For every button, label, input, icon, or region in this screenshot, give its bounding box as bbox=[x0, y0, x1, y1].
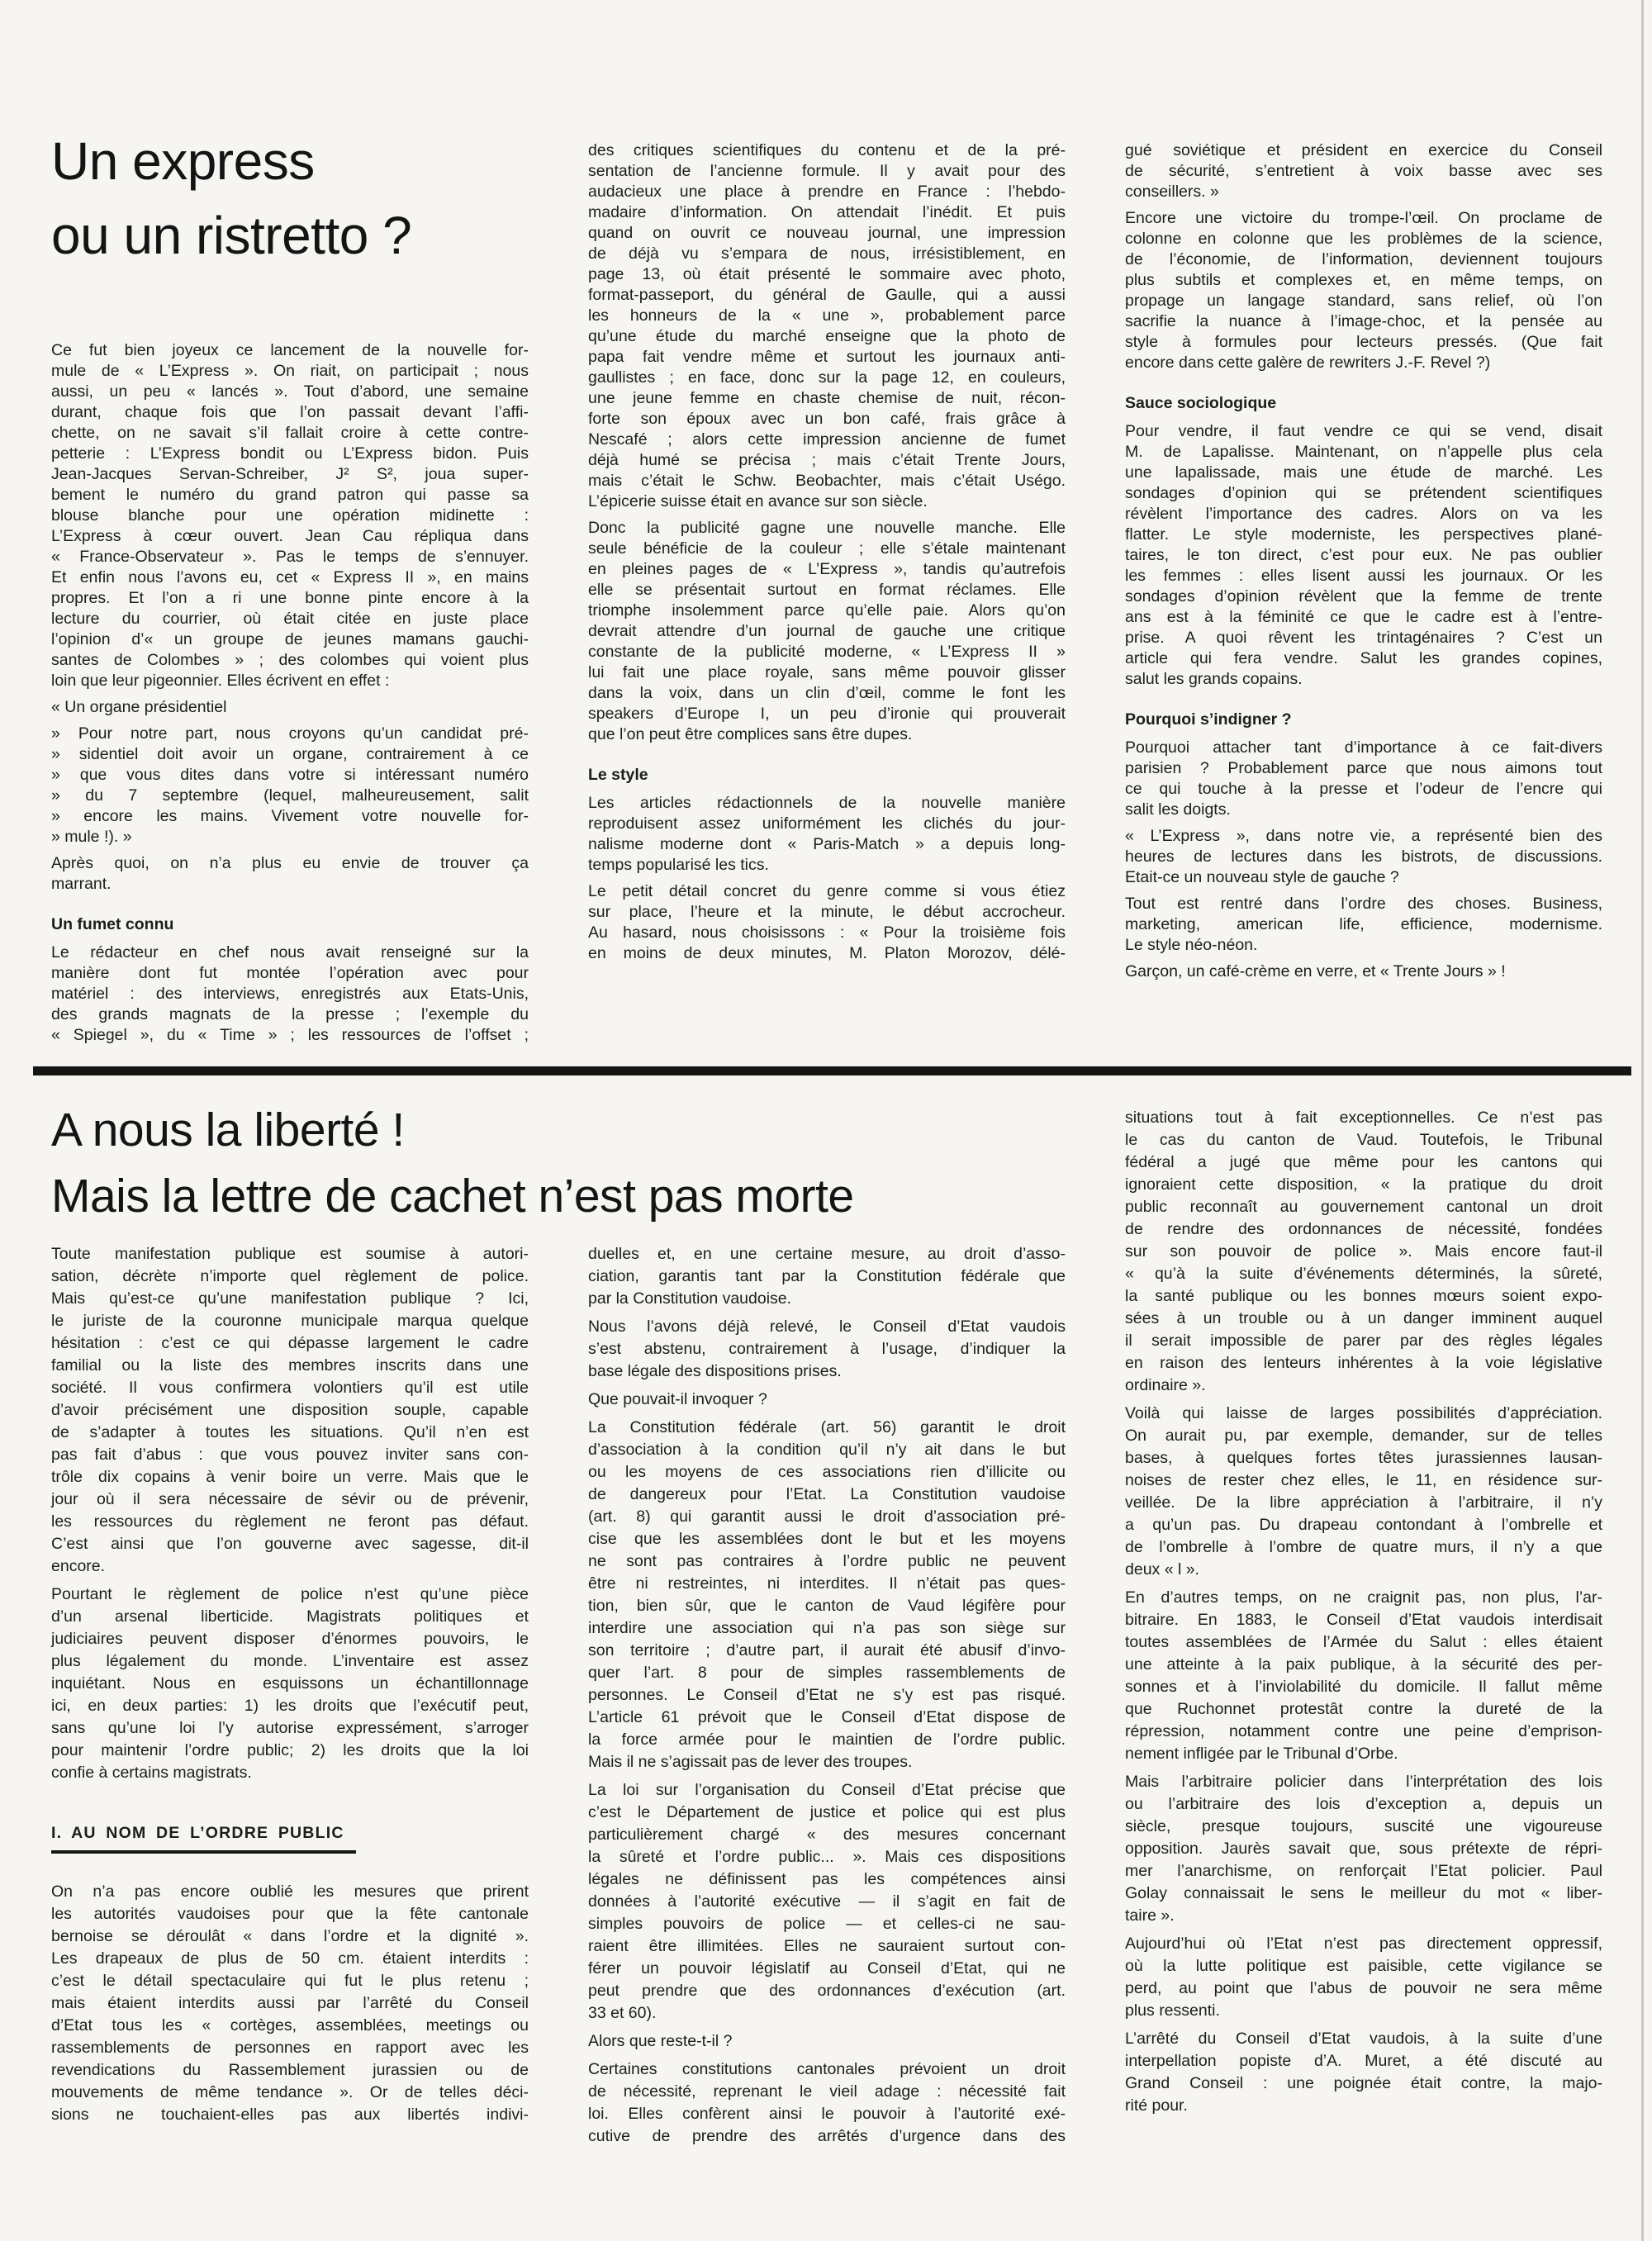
text-line: propage un langage standard, sans relief… bbox=[1125, 291, 1602, 311]
article-title: A nous la liberté !Mais la lettre de cac… bbox=[51, 1097, 854, 1229]
text-line: le cas du canton de Vaud. Toutefois, le … bbox=[1125, 1129, 1602, 1151]
text-line: répression, notamment contre une peine d… bbox=[1125, 1721, 1602, 1743]
text-line: d’association à la condition qu’il n’y a… bbox=[588, 1439, 1066, 1461]
text-line: perd, au point que l’abus de pouvoir ne … bbox=[1125, 1977, 1602, 2000]
text-line: propres. Et l’on a ri une bonne pinte en… bbox=[51, 588, 529, 609]
text-line: colonne en colonne que les problèmes de … bbox=[1125, 229, 1602, 249]
text-line: familial ou la liste des membres inscrit… bbox=[51, 1355, 529, 1377]
text-line: une atteinte à la paix publique, à la sé… bbox=[1125, 1654, 1602, 1676]
text-line: interpellation popiste d’A. Muret, a été… bbox=[1125, 2050, 1602, 2072]
text-line: il serait impossible de parer par des rè… bbox=[1125, 1330, 1602, 1352]
paragraph: Voilà qui laisse de larges possibilités … bbox=[1125, 1403, 1602, 1581]
text-line: hésitation : c’est ce qui dépasse largem… bbox=[51, 1332, 529, 1355]
text-line: public reconnaît au gouvernement cantona… bbox=[1125, 1196, 1602, 1218]
text-line: Mais qu’est-ce qu’une manifestation publ… bbox=[51, 1288, 529, 1310]
text-line: bement le numéro du grand patron qui pas… bbox=[51, 485, 529, 506]
title-line: ou un ristretto ? bbox=[51, 198, 411, 273]
text-line: forte son époux avec un bon café, frais … bbox=[588, 409, 1066, 430]
text-line: c’est le détail spectaculaire qui fut le… bbox=[51, 1970, 529, 1992]
text-line: Alors que reste-t-il ? bbox=[588, 2030, 1066, 2053]
text-line: loi. Elles confèrent ainsi le pouvoir à … bbox=[588, 2103, 1066, 2125]
text-line: qu’une étude du marché enseigne que la p… bbox=[588, 326, 1066, 347]
text-line: gué soviétique et président en exercice … bbox=[1125, 140, 1602, 161]
text-line: Nous l’avons déjà relevé, le Conseil d’E… bbox=[588, 1316, 1066, 1338]
paragraph: gué soviétique et président en exercice … bbox=[1125, 140, 1602, 202]
text-line: Aujourd’hui où l’Etat n’est pas directem… bbox=[1125, 1933, 1602, 1955]
text-line: sondages d’opinion qui se prétendent sci… bbox=[1125, 483, 1602, 504]
text-line: Voilà qui laisse de larges possibilités … bbox=[1125, 1403, 1602, 1425]
text-line: personnes. Le Conseil d’Etat ne s’y est … bbox=[588, 1684, 1066, 1707]
text-line: déjà humé se précisa ; mais c’était Tren… bbox=[588, 450, 1066, 471]
text-line: interdire une association qui n’a pas so… bbox=[588, 1617, 1066, 1640]
text-line: M. de Lapalisse. Maintenant, on n’appell… bbox=[1125, 442, 1602, 463]
text-line: les autorités vaudoises pour que la fête… bbox=[51, 1903, 529, 1925]
text-line: Nescafé ; alors cette impression ancienn… bbox=[588, 430, 1066, 450]
text-line: mais étaient interdits aussi par l’arrêt… bbox=[51, 1992, 529, 2015]
article-2-column-2: duelles et, en une certaine mesure, au d… bbox=[588, 1243, 1066, 2148]
text-line: mouvements de même tendance ». Or de tel… bbox=[51, 2082, 529, 2104]
text-line: raient être illimitées. Elles ne sauraie… bbox=[588, 1935, 1066, 1958]
text-line: toutes assemblées de l’Armée du Salut : … bbox=[1125, 1631, 1602, 1654]
paragraph: La Constitution fédérale (art. 56) garan… bbox=[588, 1417, 1066, 1773]
text-line: la santé publique ou les bonnes mœurs so… bbox=[1125, 1285, 1602, 1308]
text-line: une lapalissade, mais une étude de march… bbox=[1125, 463, 1602, 483]
text-line: manière dont fut montée l’opération avec… bbox=[51, 963, 529, 984]
article-title: Un expressou un ristretto ? bbox=[51, 124, 411, 273]
section-heading: Un fumet connu bbox=[51, 914, 529, 935]
paragraph: Aujourd’hui où l’Etat n’est pas directem… bbox=[1125, 1933, 1602, 2022]
text-line: plus ressenti. bbox=[1125, 2000, 1602, 2022]
text-line: ordinaire ». bbox=[1125, 1375, 1602, 1397]
text-line: sonnes et à l’inviolabilité du domicile.… bbox=[1125, 1676, 1602, 1698]
text-line: L’arrêté du Conseil d’Etat vaudois, à la… bbox=[1125, 2028, 1602, 2050]
text-line: en moins de deux minutes, M. Platon Moro… bbox=[588, 943, 1066, 964]
text-line: siècle, presque toujours, suscité une vi… bbox=[1125, 1816, 1602, 1838]
section-divider-rule bbox=[33, 1066, 1631, 1075]
text-line: d’un arsenal liberticide. Magistrats pol… bbox=[51, 1606, 529, 1628]
text-line: blouse blanche pour une opération midine… bbox=[51, 506, 529, 526]
paragraph: L’arrêté du Conseil d’Etat vaudois, à la… bbox=[1125, 2028, 1602, 2117]
text-line: bernoise se déroulât « dans l’ordre et l… bbox=[51, 1925, 529, 1948]
text-line: sées à un trouble ou à un danger imminen… bbox=[1125, 1308, 1602, 1330]
text-line: salut les grands copains. bbox=[1125, 669, 1602, 690]
paragraph: Encore une victoire du trompe-l’œil. On … bbox=[1125, 208, 1602, 373]
text-line: Certaines constitutions cantonales prévo… bbox=[588, 2058, 1066, 2081]
text-line: données à l’autorité exécutive — il s’ag… bbox=[588, 1891, 1066, 1913]
text-line: Pourquoi attacher tant d’importance à ce… bbox=[1125, 738, 1602, 758]
text-line: durant, chaque fois que l’on passait dev… bbox=[51, 402, 529, 423]
text-line: une jeune femme en chaste chemise de nui… bbox=[588, 388, 1066, 409]
text-line: son territoire ; d’autre part, il aurait… bbox=[588, 1640, 1066, 1662]
text-line: Tout est rentré dans l’ordre des choses.… bbox=[1125, 894, 1602, 914]
text-line: nalisme moderne dont « Paris-Match » a d… bbox=[588, 834, 1066, 855]
text-line: la force armée pour le maintien de l’ord… bbox=[588, 1729, 1066, 1751]
paragraph: Après quoi, on n’a plus eu envie de trou… bbox=[51, 853, 529, 895]
text-line: Golay connaissait le sens le meilleur du… bbox=[1125, 1883, 1602, 1905]
text-line: de l’ombrelle à l’ombre de quatre murs, … bbox=[1125, 1536, 1602, 1559]
text-line: « France-Observateur ». Pas le temps de … bbox=[51, 547, 529, 567]
text-line: nement infligée par le Tribunal d’Orbe. bbox=[1125, 1743, 1602, 1765]
text-line: sacrifie la nuance à l’image-choc, et la… bbox=[1125, 311, 1602, 332]
text-line: Etait-ce un nouveau style de gauche ? bbox=[1125, 867, 1602, 888]
paragraph: Ce fut bien joyeux ce lancement de la no… bbox=[51, 340, 529, 691]
text-line: Pour vendre, il faut vendre ce qui se ve… bbox=[1125, 421, 1602, 442]
text-line: C’est ainsi que l’on gouverne avec sages… bbox=[51, 1533, 529, 1555]
text-line: madaire d’information. On attendait l’in… bbox=[588, 202, 1066, 223]
paragraph: situations tout à fait exceptionnelles. … bbox=[1125, 1107, 1602, 1397]
text-line: sans qu’une loi l’y autorise expressémen… bbox=[51, 1717, 529, 1740]
text-line: constante de la publicité moderne, « L’E… bbox=[588, 642, 1066, 662]
text-line: marrant. bbox=[51, 874, 529, 895]
text-line: » Pour notre part, nous croyons qu’un ca… bbox=[51, 724, 529, 744]
text-line: en raison des lenteurs inhérentes à la v… bbox=[1125, 1352, 1602, 1375]
text-line: » encore les mains. Vivement votre nouve… bbox=[51, 806, 529, 827]
text-line: parisien ? Probablement parce que nous a… bbox=[1125, 758, 1602, 779]
text-line: audacieux une place à prendre en France … bbox=[588, 182, 1066, 202]
text-line: c’est le Département de justice et polic… bbox=[588, 1802, 1066, 1824]
text-line: révèlent l’importance des cadres. Alors … bbox=[1125, 504, 1602, 525]
text-line: le juriste de la couronne municipale mar… bbox=[51, 1310, 529, 1332]
paragraph: Pourquoi attacher tant d’importance à ce… bbox=[1125, 738, 1602, 820]
text-line: » sidentiel doit avoir un organe, contra… bbox=[51, 744, 529, 765]
text-line: heures de lectures dans les bistrots, de… bbox=[1125, 847, 1602, 867]
text-line: noises de rester chez elles, le 11, en r… bbox=[1125, 1469, 1602, 1492]
article-1-column-2: des critiques scientifiques du contenu e… bbox=[588, 140, 1066, 964]
text-line: inquiétant. Nous en esquissons un échant… bbox=[51, 1673, 529, 1695]
text-line: peut prendre que des ordonnances d’exécu… bbox=[588, 1980, 1066, 2002]
text-line: fédéral a jugé que même pour les cantons… bbox=[1125, 1151, 1602, 1174]
text-line: article qui fera vendre. Salut les grand… bbox=[1125, 648, 1602, 669]
text-line: rité pour. bbox=[1125, 2095, 1602, 2117]
paragraph: Alors que reste-t-il ? bbox=[588, 2030, 1066, 2053]
text-line: ignoraient cette disposition, « la prati… bbox=[1125, 1174, 1602, 1196]
text-line: lui fait une place royale, sans même pou… bbox=[588, 662, 1066, 683]
text-line: Et enfin nous l’avons eu, cet « Express … bbox=[51, 567, 529, 588]
text-line: de sécurité, s’entretient à voix basse a… bbox=[1125, 161, 1602, 182]
text-line: les ressources du règlement ne feront pa… bbox=[51, 1511, 529, 1533]
paragraph: Donc la publicité gagne une nouvelle man… bbox=[588, 518, 1066, 745]
text-line: Donc la publicité gagne une nouvelle man… bbox=[588, 518, 1066, 539]
paragraph: On n’a pas encore oublié les mesures que… bbox=[51, 1881, 529, 2126]
text-line: sur son pouvoir de police ». Mais encore… bbox=[1125, 1241, 1602, 1263]
text-line: prise. A quoi rêvent les trintagénaires … bbox=[1125, 628, 1602, 648]
paragraph: « L’Express », dans notre vie, a représe… bbox=[1125, 826, 1602, 888]
text-line: tion, bien sûr, que le canton de Vaud lé… bbox=[588, 1595, 1066, 1617]
text-line: d’Etat tous les « cortèges, assemblées, … bbox=[51, 2015, 529, 2037]
text-line: ou les moyens de ces associations rien d… bbox=[588, 1461, 1066, 1484]
text-line: ce qui touche à la presse et l’odeur de … bbox=[1125, 779, 1602, 800]
paragraph: Nous l’avons déjà relevé, le Conseil d’E… bbox=[588, 1316, 1066, 1383]
text-line: judiciaires peuvent disposer d’énormes p… bbox=[51, 1628, 529, 1650]
paragraph: Tout est rentré dans l’ordre des choses.… bbox=[1125, 894, 1602, 956]
text-line: ou l’arbitraire des lois d’exception a, … bbox=[1125, 1793, 1602, 1816]
text-line: de déjà vu s’empara de nous, irrésistibl… bbox=[588, 244, 1066, 264]
text-line: En d’autres temps, on ne craignit pas, n… bbox=[1125, 1587, 1602, 1609]
text-line: Garçon, un café-crème en verre, et « Tre… bbox=[1125, 961, 1602, 982]
text-line: par la Constitution vaudoise. bbox=[588, 1288, 1066, 1310]
paragraph: Mais l’arbitraire policier dans l’interp… bbox=[1125, 1771, 1602, 1927]
text-line: cutive de prendre des arrêtés d’urgence … bbox=[588, 2125, 1066, 2148]
text-line: veillée. De la libre appréciation à l’ar… bbox=[1125, 1492, 1602, 1514]
text-line: marketing, american life, efficience, mo… bbox=[1125, 914, 1602, 935]
scan-edge-artifact bbox=[1641, 0, 1644, 2241]
text-line: encore dans cette galère de rewriters J.… bbox=[1125, 353, 1602, 373]
text-line: » que vous dites dans votre si intéressa… bbox=[51, 765, 529, 786]
title-line: Un express bbox=[51, 124, 411, 198]
section-heading: Sauce sociologique bbox=[1125, 393, 1602, 414]
paragraph: duelles et, en une certaine mesure, au d… bbox=[588, 1243, 1066, 1310]
section-heading: I. AU NOM DE L’ORDRE PUBLIC bbox=[51, 1822, 356, 1854]
text-line: Le rédacteur en chef nous avait renseign… bbox=[51, 942, 529, 963]
text-line: speakers d’Europe I, un peu d’ironie qui… bbox=[588, 704, 1066, 724]
text-line: Que pouvait-il invoquer ? bbox=[588, 1389, 1066, 1411]
text-line: ciation, garantis tant par la Constituti… bbox=[588, 1265, 1066, 1288]
text-line: taires, le ton direct, c’est pour eux. N… bbox=[1125, 545, 1602, 566]
text-line: Ce fut bien joyeux ce lancement de la no… bbox=[51, 340, 529, 361]
text-line: On aurait pu, par exemple, demander, sur… bbox=[1125, 1425, 1602, 1447]
text-line: d’avoir précisément une disposition soup… bbox=[51, 1399, 529, 1422]
text-line: en pleines pages de « L’Express », tandi… bbox=[588, 559, 1066, 580]
text-line: Les drapeaux de plus de 50 cm. étaient i… bbox=[51, 1948, 529, 1970]
text-line: page 13, où était présenté le sommaire a… bbox=[588, 264, 1066, 285]
text-line: Grand Conseil : une poignée était contre… bbox=[1125, 2072, 1602, 2095]
text-line: sions ne touchaient-elles pas aux libert… bbox=[51, 2104, 529, 2126]
text-line: bitraire. En 1883, le Conseil d’Etat vau… bbox=[1125, 1609, 1602, 1631]
text-line: flatter. Le style moderniste, les perspe… bbox=[1125, 525, 1602, 545]
section-heading: Le style bbox=[588, 765, 1066, 786]
text-line: L’article 61 prévoit que le Conseil d’Et… bbox=[588, 1707, 1066, 1729]
text-line: jour où il sera nécessaire de sévir ou d… bbox=[51, 1488, 529, 1511]
text-line: la sûreté et l’ordre public... ». Mais c… bbox=[588, 1846, 1066, 1868]
paragraph: Certaines constitutions cantonales prévo… bbox=[588, 2058, 1066, 2148]
text-line: de l’économie, de l’information, devienn… bbox=[1125, 249, 1602, 270]
text-line: Encore une victoire du trompe-l’œil. On … bbox=[1125, 208, 1602, 229]
section-heading: Pourquoi s’indigner ? bbox=[1125, 710, 1602, 730]
paragraph: » Pour notre part, nous croyons qu’un ca… bbox=[51, 724, 529, 847]
text-line: que l’on peut être complices sans être d… bbox=[588, 724, 1066, 745]
text-line: gaullistes ; en face, donc sur la page 1… bbox=[588, 368, 1066, 388]
text-line: a qu’un pas. Du drapeau contondant à l’o… bbox=[1125, 1514, 1602, 1536]
paragraph: des critiques scientifiques du contenu e… bbox=[588, 140, 1066, 512]
paragraph: En d’autres temps, on ne craignit pas, n… bbox=[1125, 1587, 1602, 1765]
text-line: papa fait vendre même et surtout les jou… bbox=[588, 347, 1066, 368]
text-line: revendications du Rassemblement jurassie… bbox=[51, 2059, 529, 2082]
text-line: dans la voix, dans un clin d’œil, comme … bbox=[588, 683, 1066, 704]
title-line: A nous la liberté ! bbox=[51, 1097, 854, 1163]
text-line: Après quoi, on n’a plus eu envie de trou… bbox=[51, 853, 529, 874]
paragraph: Garçon, un café-crème en verre, et « Tre… bbox=[1125, 961, 1602, 982]
text-line: La loi sur l’organisation du Conseil d’E… bbox=[588, 1779, 1066, 1802]
article-2-column-1: Toute manifestation publique est soumise… bbox=[51, 1243, 529, 2126]
text-line: reproduisent assez uniformément les clic… bbox=[588, 814, 1066, 834]
text-line: chette, on ne savait s’il fallait croire… bbox=[51, 423, 529, 444]
text-line: taire ». bbox=[1125, 1905, 1602, 1927]
magazine-page: Un expressou un ristretto ? Ce fut bien … bbox=[0, 0, 1652, 2241]
text-line: « Un organe présidentiel bbox=[51, 697, 529, 718]
text-line: » mule !). » bbox=[51, 827, 529, 847]
text-line: société. Il vous confirmera volontiers q… bbox=[51, 1377, 529, 1399]
text-line: de s’adapter à toutes les situations. Qu… bbox=[51, 1422, 529, 1444]
text-line: simples pouvoirs de police — et celles-c… bbox=[588, 1913, 1066, 1935]
text-line: seule bénéficie de la couleur ; elle s’é… bbox=[588, 539, 1066, 559]
paragraph: Le petit détail concret du genre comme s… bbox=[588, 881, 1066, 964]
text-line: les honneurs de la « une », probablement… bbox=[588, 306, 1066, 326]
text-line: ne sont pas contraires à l’ordre public … bbox=[588, 1550, 1066, 1573]
text-line: Toute manifestation publique est soumise… bbox=[51, 1243, 529, 1265]
text-line: des grands magnats de la presse ; l’exem… bbox=[51, 1004, 529, 1025]
text-line: mer l’anarchisme, on renforçait l’Etat p… bbox=[1125, 1860, 1602, 1883]
text-line: Pourtant le règlement de police n’est qu… bbox=[51, 1583, 529, 1606]
text-line: temps popularisé les tics. bbox=[588, 855, 1066, 876]
text-line: où la lutte politique est paisible, cett… bbox=[1125, 1955, 1602, 1977]
text-line: Mais il ne s’agissait pas de lever des t… bbox=[588, 1751, 1066, 1773]
text-line: santes de Colombes » ; des colombes qui … bbox=[51, 650, 529, 671]
paragraph: La loi sur l’organisation du Conseil d’E… bbox=[588, 1779, 1066, 2025]
text-line: sur place, l’heure et la minute, le débu… bbox=[588, 902, 1066, 923]
text-line: confie à certains magistrats. bbox=[51, 1762, 529, 1784]
paragraph: Les articles rédactionnels de la nouvell… bbox=[588, 793, 1066, 876]
text-line: deux « l ». bbox=[1125, 1559, 1602, 1581]
text-line: Au hasard, nous choisissons : « Pour la … bbox=[588, 923, 1066, 943]
text-line: La Constitution fédérale (art. 56) garan… bbox=[588, 1417, 1066, 1439]
text-line: opposition. Jaurès savait que, sous prét… bbox=[1125, 1838, 1602, 1860]
text-line: L’épicerie suisse était en avance sur so… bbox=[588, 491, 1066, 512]
text-line: ici, en deux parties: 1) les droits que … bbox=[51, 1695, 529, 1717]
text-line: sentation de l’ancienne formule. Il y av… bbox=[588, 161, 1066, 182]
article-1-column-1: Ce fut bien joyeux ce lancement de la no… bbox=[51, 340, 529, 1046]
text-line: férer un pouvoir législatif au Conseil d… bbox=[588, 1958, 1066, 1980]
text-line: format-passeport, du général de Gaulle, … bbox=[588, 285, 1066, 306]
text-line: devrait attendre d’un journal de gauche … bbox=[588, 621, 1066, 642]
text-line: aussi, un peu « lancés ». Tout d’abord, … bbox=[51, 382, 529, 402]
text-line: triomphe insolemment parce qu’elle paie.… bbox=[588, 601, 1066, 621]
paragraph: Que pouvait-il invoquer ? bbox=[588, 1389, 1066, 1411]
text-line: rassemblements de personnes en rapport a… bbox=[51, 2037, 529, 2059]
text-line: que Ruchonnet protestât contre la dureté… bbox=[1125, 1698, 1602, 1721]
text-line: être ni restreintes, ni interdites. Il n… bbox=[588, 1573, 1066, 1595]
text-line: mule de « L’Express ». On riait, on part… bbox=[51, 361, 529, 382]
text-line: style à formules pour lecteurs pressés. … bbox=[1125, 332, 1602, 353]
paragraph: Toute manifestation publique est soumise… bbox=[51, 1243, 529, 1578]
text-line: lecture du courrier, où était citée en j… bbox=[51, 609, 529, 629]
article-2-column-3: situations tout à fait exceptionnelles. … bbox=[1125, 1107, 1602, 2117]
text-line: duelles et, en une certaine mesure, au d… bbox=[588, 1243, 1066, 1265]
title-line: Mais la lettre de cachet n’est pas morte bbox=[51, 1163, 854, 1229]
text-line: » du 7 septembre (lequel, malheureusemen… bbox=[51, 786, 529, 806]
text-line: quand on ouvrit ce nouveau journal, une … bbox=[588, 223, 1066, 244]
text-line: L’Express à cœur ouvert. Jean Cau répliq… bbox=[51, 526, 529, 547]
text-line: conseillers. » bbox=[1125, 182, 1602, 202]
text-line: loin que leur pigeonnier. Elles écrivent… bbox=[51, 671, 529, 691]
text-line: Le petit détail concret du genre comme s… bbox=[588, 881, 1066, 902]
text-line: encore. bbox=[51, 1555, 529, 1578]
text-line: Mais l’arbitraire policier dans l’interp… bbox=[1125, 1771, 1602, 1793]
text-line: de nécessité, reprenant le vieil adage :… bbox=[588, 2081, 1066, 2103]
text-line: Les articles rédactionnels de la nouvell… bbox=[588, 793, 1066, 814]
paragraph: Pourtant le règlement de police n’est qu… bbox=[51, 1583, 529, 1784]
text-line: (art. 8) qui garantit aussi le droit d’a… bbox=[588, 1506, 1066, 1528]
text-line: petterie : L’Express bondit ou L’Express… bbox=[51, 444, 529, 464]
text-line: On n’a pas encore oublié les mesures que… bbox=[51, 1881, 529, 1903]
paragraph: Le rédacteur en chef nous avait renseign… bbox=[51, 942, 529, 1046]
text-line: salit les doigts. bbox=[1125, 800, 1602, 820]
text-line: bases, à quelques fortes têtes jurassien… bbox=[1125, 1447, 1602, 1469]
text-line: légales ne définissent pas les compétenc… bbox=[588, 1868, 1066, 1891]
text-line: les femmes : elles lisent aussi les jour… bbox=[1125, 566, 1602, 586]
text-line: sondages d’opinion révèlent que la femme… bbox=[1125, 586, 1602, 607]
text-line: de rendre des ordonnances de nécessité, … bbox=[1125, 1218, 1602, 1241]
text-line: 33 et 60). bbox=[588, 2002, 1066, 2025]
text-line: base légale des dispositions prises. bbox=[588, 1360, 1066, 1383]
paragraph: « Un organe présidentiel bbox=[51, 697, 529, 718]
paragraph: Pour vendre, il faut vendre ce qui se ve… bbox=[1125, 421, 1602, 690]
text-line: cise que les assemblées dont le but et l… bbox=[588, 1528, 1066, 1550]
text-line: Jean-Jacques Servan-Schreiber, J² S², jo… bbox=[51, 464, 529, 485]
text-line: de dangereux pour l’Etat. La Constitutio… bbox=[588, 1484, 1066, 1506]
text-line: « Spiegel », du « Time » ; les ressource… bbox=[51, 1025, 529, 1046]
text-line: l’opinion d’« un groupe de jeunes mamans… bbox=[51, 629, 529, 650]
text-line: « qu’à la suite d’événements déterminés,… bbox=[1125, 1263, 1602, 1285]
text-line: sation, décrète n’importe quel règlement… bbox=[51, 1265, 529, 1288]
text-line: quer l’art. 8 pour de simples rassemblem… bbox=[588, 1662, 1066, 1684]
text-line: Le style néo-néon. bbox=[1125, 935, 1602, 956]
text-line: trôle dix copains à venir boire un verre… bbox=[51, 1466, 529, 1488]
text-line: ans est à la féminité ce que le cadre es… bbox=[1125, 607, 1602, 628]
text-line: pour maintenir l’ordre public; 2) les dr… bbox=[51, 1740, 529, 1762]
text-line: mais c’était le Schw. Beobachter, mais c… bbox=[588, 471, 1066, 491]
text-line: pas fait d’abus : que vous pouvez invite… bbox=[51, 1444, 529, 1466]
text-line: situations tout à fait exceptionnelles. … bbox=[1125, 1107, 1602, 1129]
text-line: matériel : des interviews, enregistrés a… bbox=[51, 984, 529, 1004]
text-line: s’est abstenu, contrairement à l’usage, … bbox=[588, 1338, 1066, 1360]
text-line: plus subtils et complexes et, en même te… bbox=[1125, 270, 1602, 291]
text-line: elle se présentait surtout en format réc… bbox=[588, 580, 1066, 601]
text-line: « L’Express », dans notre vie, a représe… bbox=[1125, 826, 1602, 847]
text-line: des critiques scientifiques du contenu e… bbox=[588, 140, 1066, 161]
text-line: particulièrement chargé « des mesures co… bbox=[588, 1824, 1066, 1846]
text-line: plus légalement du monde. L’inventaire e… bbox=[51, 1650, 529, 1673]
article-1-column-3: gué soviétique et président en exercice … bbox=[1125, 140, 1602, 982]
